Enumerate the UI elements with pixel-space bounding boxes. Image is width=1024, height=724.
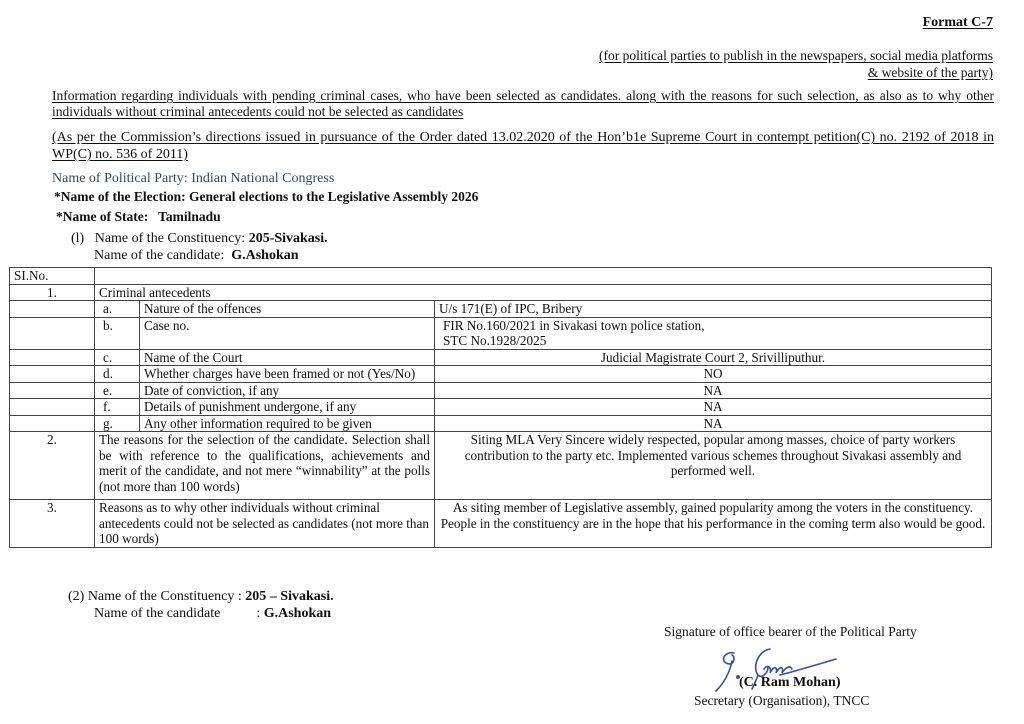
publication-note: (for political parties to publish in the… [599, 47, 993, 81]
row-label: Any other information required to be giv… [140, 415, 435, 432]
row-label: Case no. [140, 317, 435, 349]
section-1-row: 1. Criminal antecedents [10, 284, 992, 301]
constituency-line-2: (2) Name of the Constituency : 205 – Siv… [68, 589, 334, 605]
table-row: g. Any other information required to be … [10, 415, 992, 432]
section-3-number: 3. [10, 500, 95, 548]
row-letter: d. [95, 366, 140, 383]
row-letter: g. [95, 415, 140, 432]
row-label: Name of the Court [140, 349, 435, 366]
publication-note-line2: & website of the party) [868, 65, 993, 80]
row-value: NA [435, 399, 992, 416]
section-1-title: Criminal antecedents [95, 284, 992, 301]
section-2-row: 2. The reasons for the selection of the … [10, 432, 992, 500]
row-letter: f. [95, 399, 140, 416]
table-row: c. Name of the Court Judicial Magistrate… [10, 349, 992, 366]
candidate-2-label: Name of the candidate [94, 606, 220, 621]
election-value: General elections to the Legislative Ass… [189, 189, 478, 204]
section-3-value: As siting member of Legislative assembly… [435, 500, 992, 548]
state-label: *Name of State: [56, 209, 148, 224]
information-paragraph: Information regarding individuals with p… [52, 88, 994, 120]
row-value: NA [435, 415, 992, 432]
table-row: e. Date of conviction, if any NA [10, 382, 992, 399]
row-label: Nature of the offences [140, 301, 435, 318]
section-3-label: Reasons as to why other individuals with… [95, 500, 435, 548]
table-header-row: SI.No. [10, 268, 992, 285]
constituency-line: (l) Name of the Constituency: 205-Sivaka… [71, 231, 328, 247]
constituency-label: Name of the Constituency: [95, 231, 245, 246]
table-row: d. Whether charges have been framed or n… [10, 366, 992, 383]
candidate-value: G.Ashokan [231, 248, 298, 263]
candidate-2-sep: : [256, 606, 260, 621]
constituency-prefix: (l) [71, 231, 84, 246]
row-letter: b. [95, 317, 140, 349]
candidate-label: Name of the candidate: [94, 248, 224, 263]
table-row: f. Details of punishment undergone, if a… [10, 399, 992, 416]
signature-label: Signature of office bearer of the Politi… [664, 624, 917, 640]
section-2-value: Siting MLA Very Sincere widely respected… [435, 432, 992, 500]
party-value: Indian National Congress [191, 171, 334, 186]
election-name: *Name of the Election: General elections… [54, 189, 478, 205]
section-1-number: 1. [10, 284, 95, 301]
state-name: *Name of State: Tamilnadu [56, 209, 221, 225]
row-label: Details of punishment undergone, if any [140, 399, 435, 416]
section-2-number: 2. [10, 432, 95, 500]
format-title: Format C-7 [923, 15, 993, 31]
candidate-line-2: Name of the candidate: G.Ashokan [94, 606, 331, 622]
sl-no-header: SI.No. [10, 268, 95, 285]
table-row: b. Case no. FIR No.160/2021 in Sivakasi … [10, 317, 992, 349]
header-blank [95, 268, 992, 285]
row-label: Whether charges have been framed or not … [140, 366, 435, 383]
candidate-2-value: G.Ashokan [264, 606, 331, 621]
case-fir: FIR No.160/2021 in Sivakasi town police … [443, 318, 705, 333]
row-letter: c. [95, 349, 140, 366]
section-2-label: The reasons for the selection of the can… [95, 432, 435, 500]
criminal-antecedents-table: SI.No. 1. Criminal antecedents a. Nature… [9, 267, 992, 548]
row-letter: a. [95, 301, 140, 318]
order-reference-paragraph: (As per the Commission’s directions issu… [52, 129, 994, 163]
candidate-line: Name of the candidate: G.Ashokan [94, 248, 299, 264]
section-3-row: 3. Reasons as to why other individuals w… [10, 500, 992, 548]
constituency-2-value: 205 – Sivakasi. [245, 589, 333, 604]
row-value: NO [435, 366, 992, 383]
row-value: Judicial Magistrate Court 2, Srivilliput… [435, 349, 992, 366]
election-label: *Name of the Election: [54, 189, 186, 204]
party-label: Name of Political Party: [52, 171, 188, 186]
row-label: Date of conviction, if any [140, 382, 435, 399]
signer-title: Secretary (Organisation), TNCC [694, 693, 869, 709]
row-value: FIR No.160/2021 in Sivakasi town police … [435, 317, 992, 349]
row-value: U/s 171(E) of IPC, Bribery [435, 301, 992, 318]
publication-note-line1: (for political parties to publish in the… [599, 48, 993, 63]
signer-name: (C. Ram Mohan) [739, 675, 841, 691]
constituency-value: 205-Sivakasi. [249, 231, 328, 246]
constituency-2-label: (2) Name of the Constituency : [68, 589, 242, 604]
table-row: a. Nature of the offences U/s 171(E) of … [10, 301, 992, 318]
case-stc: STC No.1928/2025 [443, 333, 546, 348]
row-letter: e. [95, 382, 140, 399]
row-value: NA [435, 382, 992, 399]
party-name: Name of Political Party: Indian National… [52, 171, 334, 187]
state-value: Tamilnadu [158, 209, 221, 224]
